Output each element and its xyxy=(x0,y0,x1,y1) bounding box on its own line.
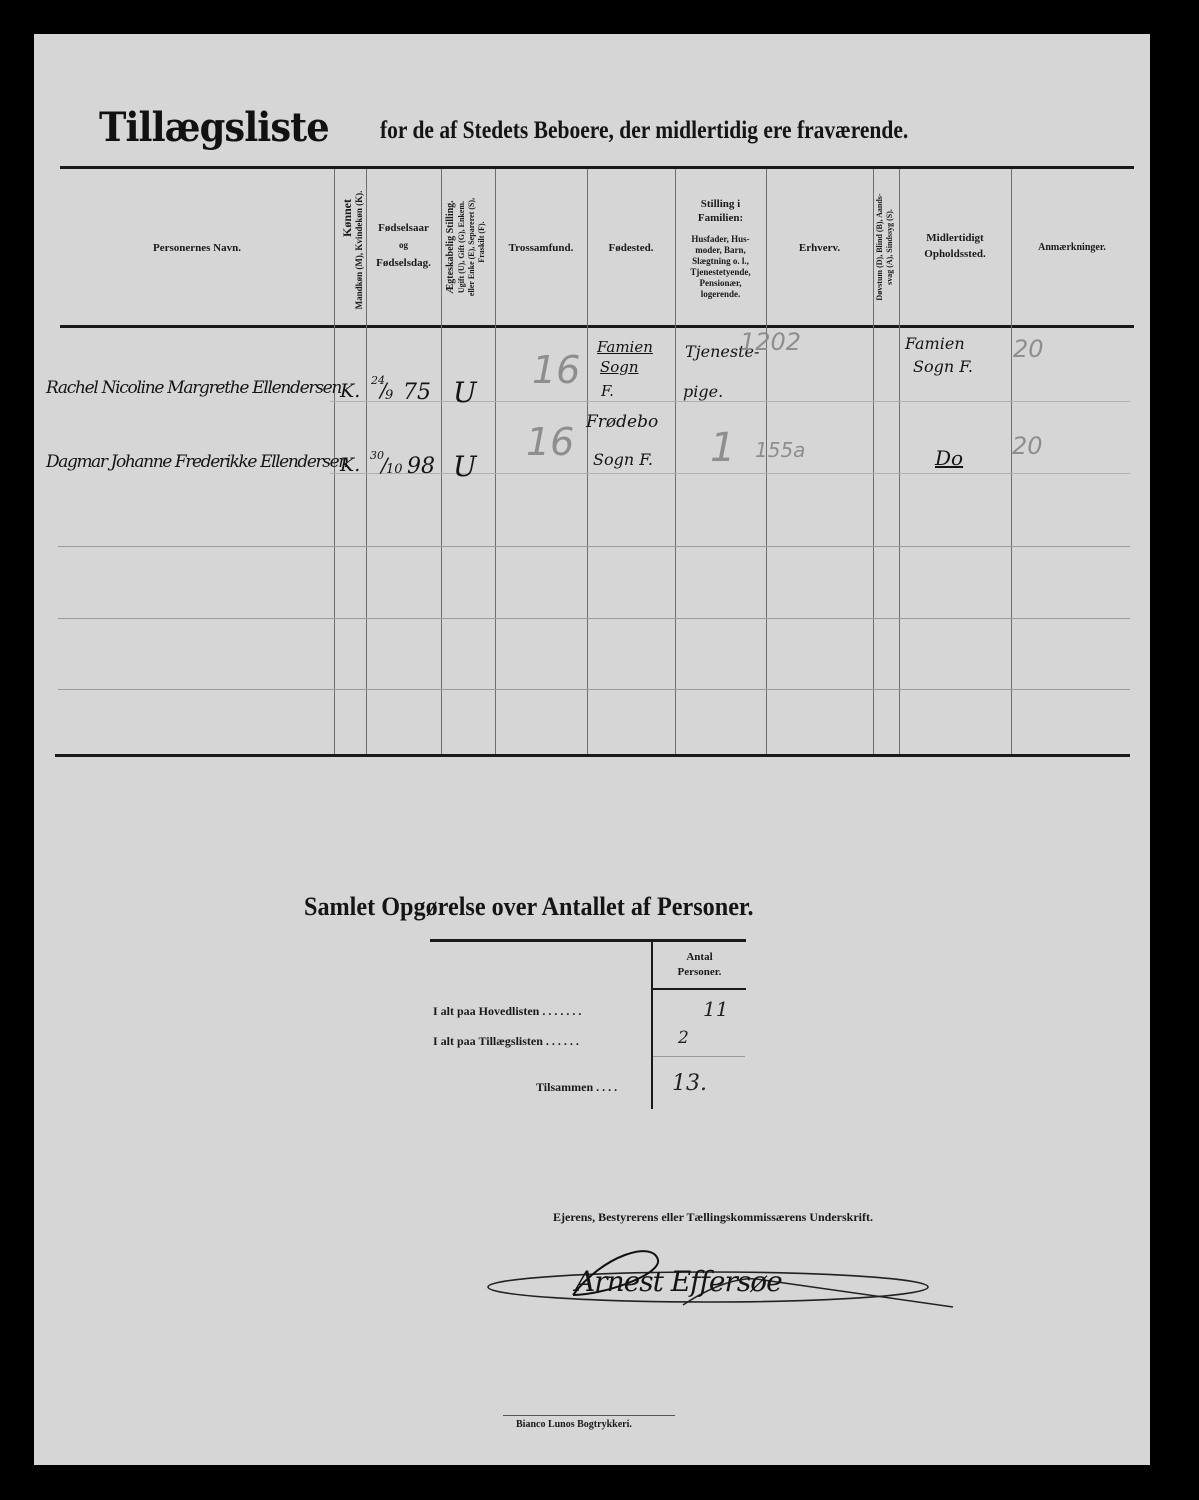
header-birthplace: Fødested. xyxy=(587,242,675,255)
cell-sex: K. xyxy=(340,380,360,402)
header-remarks: Anmærkninger. xyxy=(1011,242,1133,254)
birth-year: 98 xyxy=(407,454,435,479)
birthplace-line3: F. xyxy=(601,382,614,400)
cell-family-position-pencil: 1 xyxy=(710,425,735,471)
column-divider xyxy=(587,169,588,754)
birthplace-line1: Famien xyxy=(597,338,653,356)
header-marital-line2: Ugift (U), Gift (G), Enkem. xyxy=(458,172,466,322)
header-sex-line1: Kønnet xyxy=(341,178,354,258)
header-bottom-rule xyxy=(60,325,1134,328)
summary-title: Samlet Opgørelse over Antallet af Person… xyxy=(304,892,753,922)
header-marital-line1: Ægteskabelig Stilling. xyxy=(446,172,457,322)
summary-row-value: 13. xyxy=(672,1071,707,1096)
cell-temp-residence: Do xyxy=(935,446,963,470)
family-position-line2: pige. xyxy=(683,382,723,401)
cell-religion-pencil: 16 xyxy=(526,420,574,464)
form-subtitle-text: for de af Stedets Beboere, der midlertid… xyxy=(380,117,792,144)
summary-subtotal-rule xyxy=(653,1056,745,1057)
table-top-rule xyxy=(60,166,1134,169)
cell-occupation-pencil: 1202 xyxy=(740,328,801,356)
summary-top-rule xyxy=(430,939,746,942)
header-family-line1: Stilling i xyxy=(675,198,766,211)
header-temp-line1: Midlertidigt xyxy=(899,232,1011,245)
birth-month: 9 xyxy=(385,388,393,403)
header-family-line3: Husfader, Hus- xyxy=(675,234,766,244)
cell-remarks-pencil: 20 xyxy=(1012,432,1043,460)
row-divider xyxy=(58,546,1130,547)
summary-row-label: I alt paa Hovedlisten . . . . . . . xyxy=(433,1004,581,1019)
header-name: Personernes Navn. xyxy=(60,242,334,255)
cell-occupation-pencil: 155a xyxy=(755,438,805,462)
cell-remarks-pencil: 20 xyxy=(1013,335,1044,363)
header-marital-line4: Fraskilt (F). xyxy=(478,192,486,292)
cell-religion-pencil: 16 xyxy=(532,348,580,392)
summary-col-header-line1: Antal xyxy=(653,951,746,963)
birth-year: 75 xyxy=(403,380,431,405)
summary-row-value: 2 xyxy=(678,1028,689,1048)
temp-residence-line2: Sogn F. xyxy=(913,357,973,376)
signature-name: Arnest Effersøe xyxy=(575,1265,782,1298)
cell-marital: U xyxy=(453,376,477,409)
summary-col-header-line2: Personer. xyxy=(653,966,746,978)
header-birth-line1: Fødselsaar xyxy=(366,222,441,235)
header-disability-line2: svag (A), Sindssyg (S). xyxy=(886,192,894,302)
table-bottom-rule xyxy=(55,754,1130,757)
printer-imprint: Bianco Lunos Bogtrykkeri. xyxy=(516,1419,632,1430)
column-divider xyxy=(1011,169,1012,754)
header-family-line6: Tjenestetyende, xyxy=(675,267,766,277)
row-divider xyxy=(330,401,1130,402)
column-divider xyxy=(441,169,442,754)
form-title: Tillægsliste xyxy=(99,104,329,151)
header-disability-line1: Døvstum (D), Blind (B), Aands- xyxy=(876,172,884,322)
header-birth-line2: og xyxy=(366,240,441,250)
header-family-line7: Pensionær, xyxy=(675,278,766,288)
birthplace-line1: Frødebo xyxy=(586,412,658,432)
summary-row-value: 11 xyxy=(703,997,728,1021)
summary-row-label: I alt paa Tillægslisten . . . . . . xyxy=(433,1034,579,1049)
column-divider xyxy=(495,169,496,754)
birthplace-line2: Sogn F. xyxy=(593,450,653,469)
header-family-line2: Familien: xyxy=(675,212,766,225)
birth-month: 10 xyxy=(386,462,403,477)
signature: Arnest Effersøe xyxy=(483,1235,958,1320)
form-subtitle-emphasis: fraværende. xyxy=(797,117,908,144)
row-divider xyxy=(58,689,1130,690)
temp-residence-line1: Famien xyxy=(905,334,965,353)
form-subtitle: for de af Stedets Beboere, der midlertid… xyxy=(380,117,908,145)
signature-label: Ejerens, Bestyrerens eller Tællingskommi… xyxy=(553,1210,873,1225)
cell-name: Rachel Nicoline Margrethe Ellendersen xyxy=(46,378,341,398)
header-family-line8: logerende. xyxy=(675,289,766,299)
printer-rule xyxy=(503,1415,675,1416)
header-sex-line2: Mandkøn (M), Kvindekøn (K). xyxy=(355,174,364,326)
cell-marital: U xyxy=(453,450,477,483)
cell-name: Dagmar Johanne Frederikke Ellendersen xyxy=(46,452,348,472)
birthplace-line2: Sogn xyxy=(600,358,639,376)
summary-header-rule xyxy=(652,988,746,990)
header-religion: Trossamfund. xyxy=(495,242,587,255)
header-marital-line3: eller Enke (E), Separeret (S), xyxy=(468,172,476,322)
header-family-line5: Slægtning o. l., xyxy=(675,256,766,266)
header-occupation: Erhverv. xyxy=(766,242,873,255)
header-birth-line3: Fødselsdag. xyxy=(366,257,441,270)
header-family-line4: moder, Barn, xyxy=(675,245,766,255)
header-temp-line2: Opholdssted. xyxy=(899,248,1011,261)
summary-row-label: Tilsammen . . . . xyxy=(536,1080,617,1095)
row-divider xyxy=(330,473,1130,474)
column-divider xyxy=(873,169,874,754)
cell-sex: K. xyxy=(340,454,360,476)
row-divider xyxy=(58,618,1130,619)
